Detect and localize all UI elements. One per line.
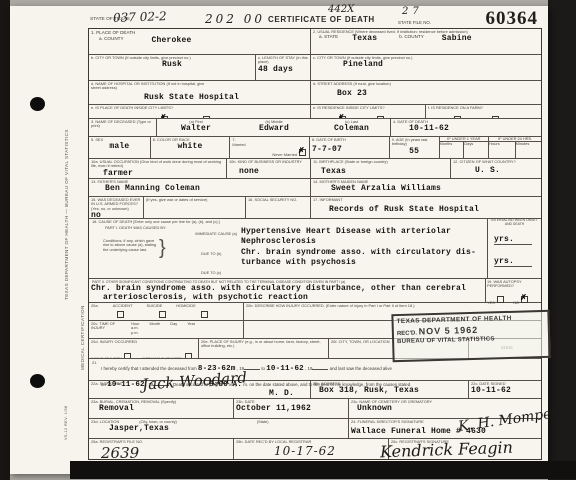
not-while-at-work-label: NOT WHILE AT WORK xyxy=(142,356,182,358)
degree-value: M. D. xyxy=(269,389,294,398)
field-armed-forces: 15. WAS DECEASED EVER IN U.S. ARMED FORC… xyxy=(89,197,144,218)
citizen-label: 12. CITIZEN OF WHAT COUNTRY? xyxy=(453,160,539,164)
field-if-under-1-year: IF UNDER 1 YEAR Months Days xyxy=(440,137,490,158)
immediate-cause-label: IMMEDIATE CAUSE (a) xyxy=(181,232,237,236)
month-label: Month xyxy=(149,322,160,335)
field-first-name: (a) First Walter xyxy=(157,119,235,136)
hospital-value: Rusk State Hospital xyxy=(144,93,239,102)
cause-of-death-label: 18. CAUSE OF DEATH [Enter only one cause… xyxy=(92,220,220,224)
field-date-signed: 22c. DATE SIGNED 10-11-62 xyxy=(469,381,541,398)
field-name-of-deceased: 3. NAME OF DECEASED (Type or print) xyxy=(89,119,157,136)
certificate-title: CERTIFICATE OF DEATH xyxy=(268,15,375,24)
physician-address-value: Box 318, Rusk, Texas xyxy=(319,386,466,395)
informant-label: 17. INFORMANT xyxy=(313,198,539,202)
field-age: 9. AGE (In years last birthday) 55 xyxy=(390,137,440,158)
field-physician-address: 22b. ADDRESS Box 318, Rusk, Texas xyxy=(311,381,469,398)
industry-value: none xyxy=(239,167,308,176)
interval-a-value: yrs. xyxy=(494,235,532,245)
field-residence-on-farm: f. IS RESIDENCE ON A FARM? YES NO xyxy=(426,105,541,118)
death-city-value: Rusk xyxy=(91,60,253,69)
field-burial-type: 23a. BURIAL, CREMATION, REMOVAL (Specify… xyxy=(89,399,234,418)
form-code: VS-12 REV. 1/58 xyxy=(64,392,68,440)
certify-text: to xyxy=(261,366,265,371)
homicide-label: HOMICIDE xyxy=(176,304,195,308)
field-informant: 17. INFORMANT Records of Rusk State Hosp… xyxy=(311,197,541,218)
field-burial-location: 23d. LOCATION (City, town, or county) (S… xyxy=(89,419,349,438)
months-label: Months xyxy=(440,142,465,158)
cause-a-line1: Hypertensive Heart Disease with arteriol… xyxy=(241,227,451,236)
part1-label: PART I. DEATH WAS CAUSED BY: xyxy=(105,226,166,230)
checkmark: ✗ xyxy=(298,146,305,155)
war-or-dates-label: (If yes, give war or dates of service) xyxy=(146,198,243,202)
checkbox-residence-city-no xyxy=(377,116,384,118)
checkmark: ✗ xyxy=(338,113,345,118)
father-name-value: Ben Manning Coleman xyxy=(105,184,308,193)
field-citizen: 12. CITIZEN OF WHAT COUNTRY? U. S. xyxy=(451,159,541,178)
field-father-name: 13. FATHER'S NAME Ben Manning Coleman xyxy=(89,179,311,196)
certify-text: I hereby certify that I attended the dec… xyxy=(101,366,197,371)
brace: } xyxy=(159,237,166,260)
handwritten-code-4: 27 xyxy=(402,6,423,17)
certificate-page: TEXAS DEPARTMENT OF HEALTH — BUREAU OF V… xyxy=(10,6,548,474)
checkbox-never-married: ✗ xyxy=(299,149,306,156)
field-autopsy: 19. WAS AUTOPSY PERFORMED? YES NO✗ xyxy=(485,279,541,302)
field-social-security-no: 16. SOCIAL SECURITY NO. xyxy=(246,197,311,218)
field-industry: 10b. KIND OF BUSINESS OR INDUSTRY none xyxy=(227,159,311,178)
checkbox-farm-no xyxy=(492,116,499,118)
name-of-deceased-label: 3. NAME OF DECEASED (Type or print) xyxy=(91,120,154,129)
conditions-note: Conditions, if any, which gave rise to a… xyxy=(103,239,157,252)
punch-hole-bottom xyxy=(30,374,45,388)
residence-county-value: Sabine xyxy=(442,34,472,43)
days-label: Days xyxy=(464,142,488,158)
field-date-of-birth: 8. DATE OF BIRTH 7-7-07 xyxy=(310,137,390,158)
cause-b-line2: turbance with psychosis xyxy=(241,258,356,267)
manner-number: 20a. xyxy=(91,304,99,308)
burial-type-value: Removal xyxy=(99,404,231,413)
field-usual-residence: 2. USUAL RESIDENCE (Where deceased lived… xyxy=(311,29,541,54)
residence-state-value: Texas xyxy=(352,34,377,43)
industry-label: 10b. KIND OF BUSINESS OR INDUSTRY xyxy=(229,160,308,164)
checkmark: ✗ xyxy=(160,113,167,118)
date-signed-value: 10-11-62 xyxy=(471,386,539,395)
field-registrar-file-no: 25a. REGISTRAR'S FILE NO. 2639 xyxy=(89,439,234,459)
field-middle-name: (b) Middle Edward xyxy=(235,119,313,136)
describe-injury-label: 20b. DESCRIBE HOW INJURY OCCURRED. (Ente… xyxy=(246,304,539,308)
county-value: Cherokee xyxy=(152,36,192,45)
interval-label: INTERVAL BETWEEN ONSET AND DEATH xyxy=(488,219,541,227)
part2-line1: Chr. brain syndrome asso. with circulato… xyxy=(91,284,466,293)
field-street-address: d. STREET ADDRESS (If rural, give locati… xyxy=(311,81,541,104)
date-of-birth-value: 7-7-07 xyxy=(312,145,387,154)
field-war-or-dates: (If yes, give war or dates of service) xyxy=(144,197,246,218)
scan-bottom-band xyxy=(70,461,576,479)
handwritten-code-3: 442X xyxy=(328,4,354,15)
county-label: a. COUNTY xyxy=(99,36,124,45)
checkbox-accident xyxy=(117,311,124,318)
margin-medical-certification-text: MEDICAL CERTIFICATION xyxy=(80,270,85,370)
certify-text: and last saw the deceased alive xyxy=(330,366,392,371)
handwritten-code-2: 202 00 xyxy=(205,12,265,26)
injury-occurred-label: 20d. INJURY OCCURRED xyxy=(91,340,196,344)
date-of-death-value: 10-11-62 xyxy=(409,124,539,133)
margin-agency-text: TEXAS DEPARTMENT OF HEALTH — BUREAU OF V… xyxy=(64,95,69,300)
birthplace-label: 11. BIRTHPLACE (State or foreign country… xyxy=(313,160,448,164)
married-label: Married xyxy=(232,143,245,158)
field-birthplace: 11. BIRTHPLACE (State or foreign country… xyxy=(311,159,451,178)
funeral-director-value: Wallace Funeral Home # 4630 xyxy=(351,427,539,436)
interval-b-value: yrs. xyxy=(494,257,532,267)
registrar-file-no-value: 2639 xyxy=(101,444,139,459)
stamp-date: NOV 5 1962 xyxy=(418,325,478,337)
field-occupation: 10a. USUAL OCCUPATION (Give kind of work… xyxy=(89,159,227,178)
informant-value: Records of Rusk State Hospital xyxy=(329,205,539,214)
autopsy-label: 19. WAS AUTOPSY PERFORMED? xyxy=(487,280,540,289)
social-security-no-label: 16. SOCIAL SECURITY NO. xyxy=(248,198,308,202)
certificate-form: 1. PLACE OF DEATH a. COUNTY Cherokee 2. … xyxy=(88,28,542,460)
accident-label: ACCIDENT xyxy=(113,304,133,308)
burial-date-value: October 11,1962 xyxy=(236,404,346,413)
day-label: Day xyxy=(170,322,177,335)
handwritten-code-1: 037 02-2 xyxy=(113,9,167,25)
part2-line2: arteriosclerosis, with psychotic reactio… xyxy=(103,293,308,302)
field-place-of-death: 1. PLACE OF DEATH a. COUNTY Cherokee xyxy=(89,29,311,54)
color-or-race-value: white xyxy=(153,142,228,151)
first-name-value: Walter xyxy=(159,124,233,133)
checkbox-homicide xyxy=(201,311,208,318)
sex-value: male xyxy=(91,142,148,151)
state-file-number: 60364 xyxy=(486,8,539,30)
middle-name-value: Edward xyxy=(237,124,311,133)
place-of-injury-label: 20e. PLACE OF INJURY (e.g., in or about … xyxy=(201,340,326,349)
due-to-c-label: DUE TO (c) xyxy=(201,271,221,275)
while-at-work-label: WHILE AT WORK xyxy=(91,356,122,358)
location-value: Jasper,Texas xyxy=(109,424,346,433)
mother-maiden-name-value: Sweet Arzalia Williams xyxy=(331,184,539,193)
field-death-city: b. CITY OR TOWN (If outside city limits,… xyxy=(89,55,256,80)
field-if-under-24-hrs: IF UNDER 24 HRS. Hours Minutes xyxy=(489,137,541,158)
street-address-value: Box 23 xyxy=(337,89,539,98)
field-residence-inside-city: e. IS RESIDENCE INSIDE CITY LIMITS? YES✗… xyxy=(311,105,426,118)
hospital-label: d. NAME OF HOSPITAL OR INSTITUTION (If n… xyxy=(91,82,211,91)
occupation-value: farmer xyxy=(103,169,133,178)
pm-label: p.m. xyxy=(131,331,139,335)
street-address-label: d. STREET ADDRESS (If rural, give locati… xyxy=(313,82,539,86)
birthplace-value: Texas xyxy=(321,167,448,176)
minutes-label: Minutes xyxy=(516,142,541,158)
year-label: Year xyxy=(187,322,195,335)
length-of-stay-value: 48 days xyxy=(258,65,308,74)
field-death-inside-city: e. IS PLACE OF DEATH INSIDE CITY LIMITS?… xyxy=(89,105,311,118)
checkbox-at-work xyxy=(124,353,131,358)
field-date-of-death: 4. DATE OF DEATH 10-11-62 xyxy=(391,119,541,136)
checkmark: ✗ xyxy=(520,293,527,302)
field-residence-city: c. CITY OR TOWN (If outside city limits,… xyxy=(311,55,541,80)
field-date-received: 25b. DATE REC'D BY LOCAL REGISTRAR 10-17… xyxy=(234,439,389,459)
last-name-value: Coleman xyxy=(315,124,388,133)
field-sex: 5. SEX male xyxy=(89,137,151,158)
field-marital-status: 7. Married Never Married✗ Widowed Divorc… xyxy=(230,137,310,158)
attended-to-date: 10-11-62 xyxy=(266,365,304,373)
received-stamp: TEXAS DEPARTMENT OF HEALTH REC'D. NOV 5 … xyxy=(391,310,550,362)
date-received-value: 10-17-62 xyxy=(274,444,336,458)
checkbox-suicide xyxy=(159,311,166,318)
due-to-b-label: DUE TO (b) xyxy=(201,252,221,256)
field-mother-maiden-name: 14. MOTHER'S MAIDEN NAME Sweet Arzalia W… xyxy=(311,179,541,196)
field-length-of-stay: c. LENGTH OF STAY (In this place) 48 day… xyxy=(256,55,311,80)
suicide-label: SUICIDE xyxy=(146,304,162,308)
never-married-label: Never Married xyxy=(272,152,297,157)
location-sub2-label: (State) xyxy=(257,420,269,424)
length-of-stay-label: c. LENGTH OF STAY (In this place) xyxy=(258,56,308,65)
citizen-value: U. S. xyxy=(475,166,539,175)
field-injury-occurred: 20d. INJURY OCCURRED WHILE AT WORK NOT W… xyxy=(89,339,199,358)
age-label: 9. AGE (In years last birthday) xyxy=(392,138,437,147)
field-hospital: d. NAME OF HOSPITAL OR INSTITUTION (If n… xyxy=(89,81,311,104)
residence-city-value: Pineland xyxy=(343,60,539,69)
state-file-no-label: STATE FILE NO. xyxy=(398,20,431,25)
cause-a-line2: Nephrosclerosis xyxy=(241,237,316,246)
checkbox-death-city-yes: ✗ xyxy=(161,116,168,118)
time-of-injury-label: 20c. TIME OF INJURY xyxy=(91,322,121,335)
checkbox-residence-city-yes: ✗ xyxy=(339,116,346,118)
checkbox-farm-yes xyxy=(454,116,461,118)
interval-column: INTERVAL BETWEEN ONSET AND DEATH yrs. yr… xyxy=(487,219,541,278)
scan-left-band xyxy=(0,0,10,480)
residence-county-label: b. COUNTY xyxy=(399,34,424,43)
cause-b-line1: Chr. brain syndrome asso. with circulato… xyxy=(241,248,476,257)
field-burial-date: 23b. DATE October 11,1962 xyxy=(234,399,349,418)
field-time-of-injury: 20c. TIME OF INJURY Hour a.m. p.m. Month… xyxy=(89,321,244,338)
punch-hole-top xyxy=(30,97,45,111)
certify-text: , 19 xyxy=(305,366,312,371)
stamp-recd: REC'D. xyxy=(397,331,417,338)
field-manner: 20a. ACCIDENT SUICIDE HOMICIDE xyxy=(89,303,244,320)
field-place-of-injury: 20e. PLACE OF INJURY (e.g., in or about … xyxy=(199,339,329,358)
residence-state-label: a. STATE xyxy=(319,34,338,43)
field-last-name: (c) Last Coleman xyxy=(313,119,391,136)
date-of-birth-label: 8. DATE OF BIRTH xyxy=(312,138,387,142)
hours-label: Hours xyxy=(489,142,515,158)
checkbox-not-at-work xyxy=(185,353,192,358)
occupation-label: 10a. USUAL OCCUPATION (Give kind of work… xyxy=(91,160,224,169)
certify-number: 21. xyxy=(92,361,97,365)
checkbox-death-city-no xyxy=(203,116,210,118)
age-value: 55 xyxy=(392,147,437,156)
armed-forces-value: no xyxy=(91,211,141,218)
field-color-or-race: 6. COLOR OR RACE white xyxy=(151,137,231,158)
